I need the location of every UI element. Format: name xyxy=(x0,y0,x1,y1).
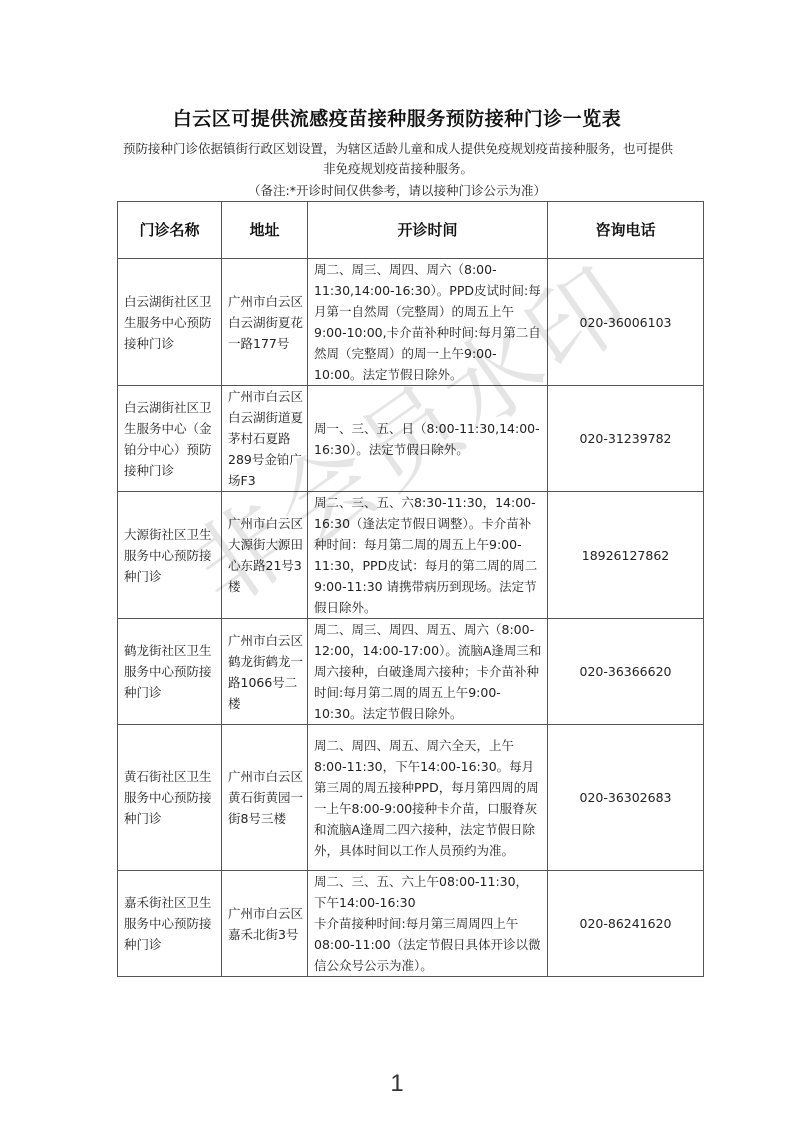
clinic-hours: 周一、三、五、日（8:00-11:30,14:00-16:30）。法定节假日除外… xyxy=(308,386,548,492)
document-note: （备注:*开诊时间仅供参考，请以接种门诊公示为准） xyxy=(0,181,794,199)
clinic-address: 广州市白云区白云湖街道夏茅村石夏路289号金铂广场F3 xyxy=(222,386,308,492)
clinic-phone: 020-36302683 xyxy=(548,725,704,871)
table-row: 黄石街社区卫生服务中心预防接种门诊 广州市白云区黄石街黄园一街8号三楼 周二、周… xyxy=(118,725,704,871)
document-title: 白云区可提供流感疫苗接种服务预防接种门诊一览表 xyxy=(0,104,794,131)
clinic-address: 广州市白云区大源街大源田心东路21号3楼 xyxy=(222,492,308,619)
clinic-address: 广州市白云区鹤龙街鹤龙一路1066号二楼 xyxy=(222,619,308,725)
table-header-row: 门诊名称 地址 开诊时间 咨询电话 xyxy=(118,202,704,259)
clinic-phone: 020-86241620 xyxy=(548,871,704,977)
clinic-name: 鹤龙街社区卫生服务中心预防接种门诊 xyxy=(118,619,222,725)
clinic-name: 大源街社区卫生服务中心预防接种门诊 xyxy=(118,492,222,619)
header-opening-hours: 开诊时间 xyxy=(308,202,548,259)
table-row: 鹤龙街社区卫生服务中心预防接种门诊 广州市白云区鹤龙街鹤龙一路1066号二楼 周… xyxy=(118,619,704,725)
clinic-hours: 周二、三、五、六8:30-11:30，14:00-16:30（逢法定节假日调整）… xyxy=(308,492,548,619)
clinic-name: 嘉禾街社区卫生服务中心预防接种门诊 xyxy=(118,871,222,977)
clinic-name: 白云湖街社区卫生服务中心预防接种门诊 xyxy=(118,259,222,386)
clinic-hours: 周二、周四、周五、周六全天，上午8:00-11:30，下午14:00-16:30… xyxy=(308,725,548,871)
table-row: 白云湖街社区卫生服务中心（金铂分中心）预防接种门诊 广州市白云区白云湖街道夏茅村… xyxy=(118,386,704,492)
document-intro: 预防接种门诊依据镇街行政区划设置，为辖区适龄儿童和成人提供免疫规划疫苗接种服务，… xyxy=(118,139,678,179)
clinic-hours: 周二、周三、周四、周六（8:00-11:30,14:00-16:30）。PPD皮… xyxy=(308,259,548,386)
page-number: 1 xyxy=(0,1070,794,1098)
header-phone: 咨询电话 xyxy=(548,202,704,259)
clinic-name: 白云湖街社区卫生服务中心（金铂分中心）预防接种门诊 xyxy=(118,386,222,492)
clinic-phone: 020-31239782 xyxy=(548,386,704,492)
clinic-address: 广州市白云区白云湖街夏花一路177号 xyxy=(222,259,308,386)
clinic-hours: 周二、周三、周四、周五、周六（8:00-12:00，14:00-17:00）。流… xyxy=(308,619,548,725)
clinic-address: 广州市白云区黄石街黄园一街8号三楼 xyxy=(222,725,308,871)
table-row: 白云湖街社区卫生服务中心预防接种门诊 广州市白云区白云湖街夏花一路177号 周二… xyxy=(118,259,704,386)
clinic-name: 黄石街社区卫生服务中心预防接种门诊 xyxy=(118,725,222,871)
clinic-address: 广州市白云区嘉禾北街3号 xyxy=(222,871,308,977)
header-address: 地址 xyxy=(222,202,308,259)
clinic-phone: 020-36006103 xyxy=(548,259,704,386)
table-row: 大源街社区卫生服务中心预防接种门诊 广州市白云区大源街大源田心东路21号3楼 周… xyxy=(118,492,704,619)
table-row: 嘉禾街社区卫生服务中心预防接种门诊 广州市白云区嘉禾北街3号 周二、三、五、六上… xyxy=(118,871,704,977)
header-clinic-name: 门诊名称 xyxy=(118,202,222,259)
clinic-table: 门诊名称 地址 开诊时间 咨询电话 白云湖街社区卫生服务中心预防接种门诊 广州市… xyxy=(117,201,704,977)
clinic-phone: 18926127862 xyxy=(548,492,704,619)
clinic-phone: 020-36366620 xyxy=(548,619,704,725)
clinic-hours: 周二、三、五、六上午08:00-11:30， 下午14:00-16:30 卡介苗… xyxy=(308,871,548,977)
